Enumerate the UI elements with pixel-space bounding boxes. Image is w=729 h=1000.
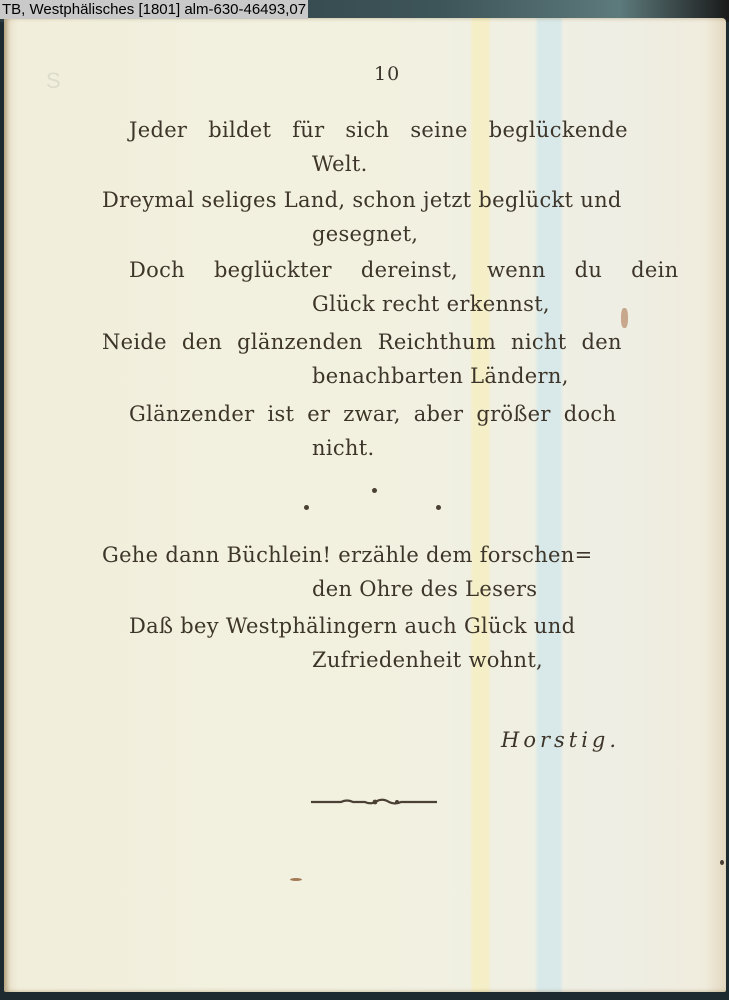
- verse-line: Dreymal seliges Land, schon jetzt beglüc…: [102, 188, 622, 212]
- show-through-mark: S: [46, 68, 61, 94]
- verse-line: Gehe dann Büchlein! erzähle dem forschen…: [102, 543, 592, 567]
- image-caption-label: TB, Westphälisches [1801] alm-630-46493,…: [0, 0, 308, 19]
- asterism-star: [304, 505, 309, 510]
- asterism-star: [436, 505, 441, 510]
- paper-mark: [290, 878, 302, 881]
- verse-line: Glänzender ist er zwar, aber größer doch: [129, 402, 616, 426]
- end-ornament-icon: [311, 798, 437, 806]
- verse-continuation: gesegnet,: [312, 222, 418, 246]
- book-page: S 10 Jeder bildet für sich seine beglück…: [4, 18, 726, 992]
- author-signature: Horstig.: [501, 728, 620, 752]
- verse-continuation: Glück recht erkennst,: [312, 292, 550, 316]
- page-number: 10: [374, 63, 400, 85]
- verse-continuation: nicht.: [312, 436, 374, 460]
- verse-line: Doch beglückter dereinst, wenn du dein: [129, 258, 679, 282]
- verse-line: Jeder bildet für sich seine beglückende: [129, 118, 628, 142]
- verse-continuation: Welt.: [312, 152, 368, 176]
- paper-stain: [621, 308, 628, 328]
- verse-continuation: den Ohre des Lesers: [312, 577, 537, 601]
- asterism-star: [372, 488, 377, 493]
- paper-mark: [720, 860, 724, 865]
- verse-line: Daß bey Westphälingern auch Glück und: [129, 614, 575, 638]
- verse-line: Neide den glänzenden Reichthum nicht den: [102, 330, 622, 354]
- verse-continuation: Zufriedenheit wohnt,: [312, 648, 543, 672]
- verse-continuation: benachbarten Ländern,: [312, 364, 569, 388]
